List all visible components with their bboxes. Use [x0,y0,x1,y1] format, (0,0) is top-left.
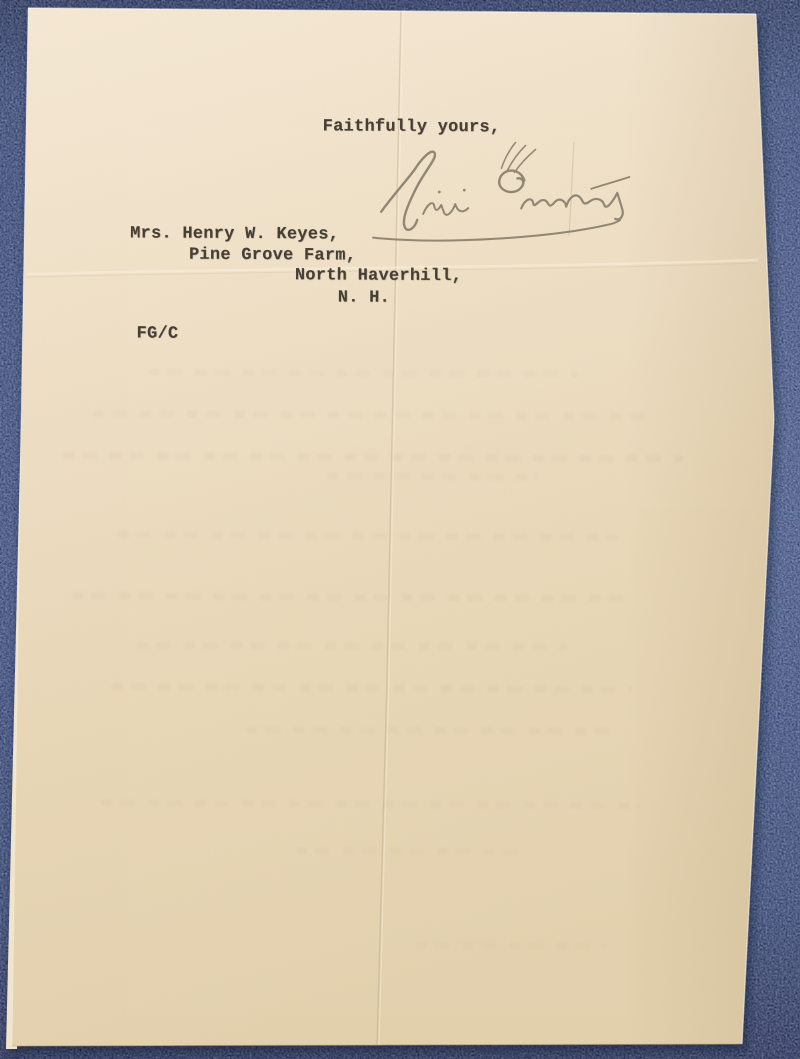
address-line: N. H. [338,288,390,307]
signature [351,140,652,252]
letter-content: Faithfully yours, Mrs. Henry W. Keyes, P… [0,0,800,1059]
address-line: Mrs. Henry W. Keyes, [130,224,339,244]
address-line: North Haverhill, [295,266,462,286]
closing-line: Faithfully yours, [323,117,501,137]
address-line: Pine Grove Farm, [189,246,356,266]
reference-initials: FG/C [137,324,179,343]
letter-photo: Faithfully yours, Mrs. Henry W. Keyes, P… [0,0,800,1059]
